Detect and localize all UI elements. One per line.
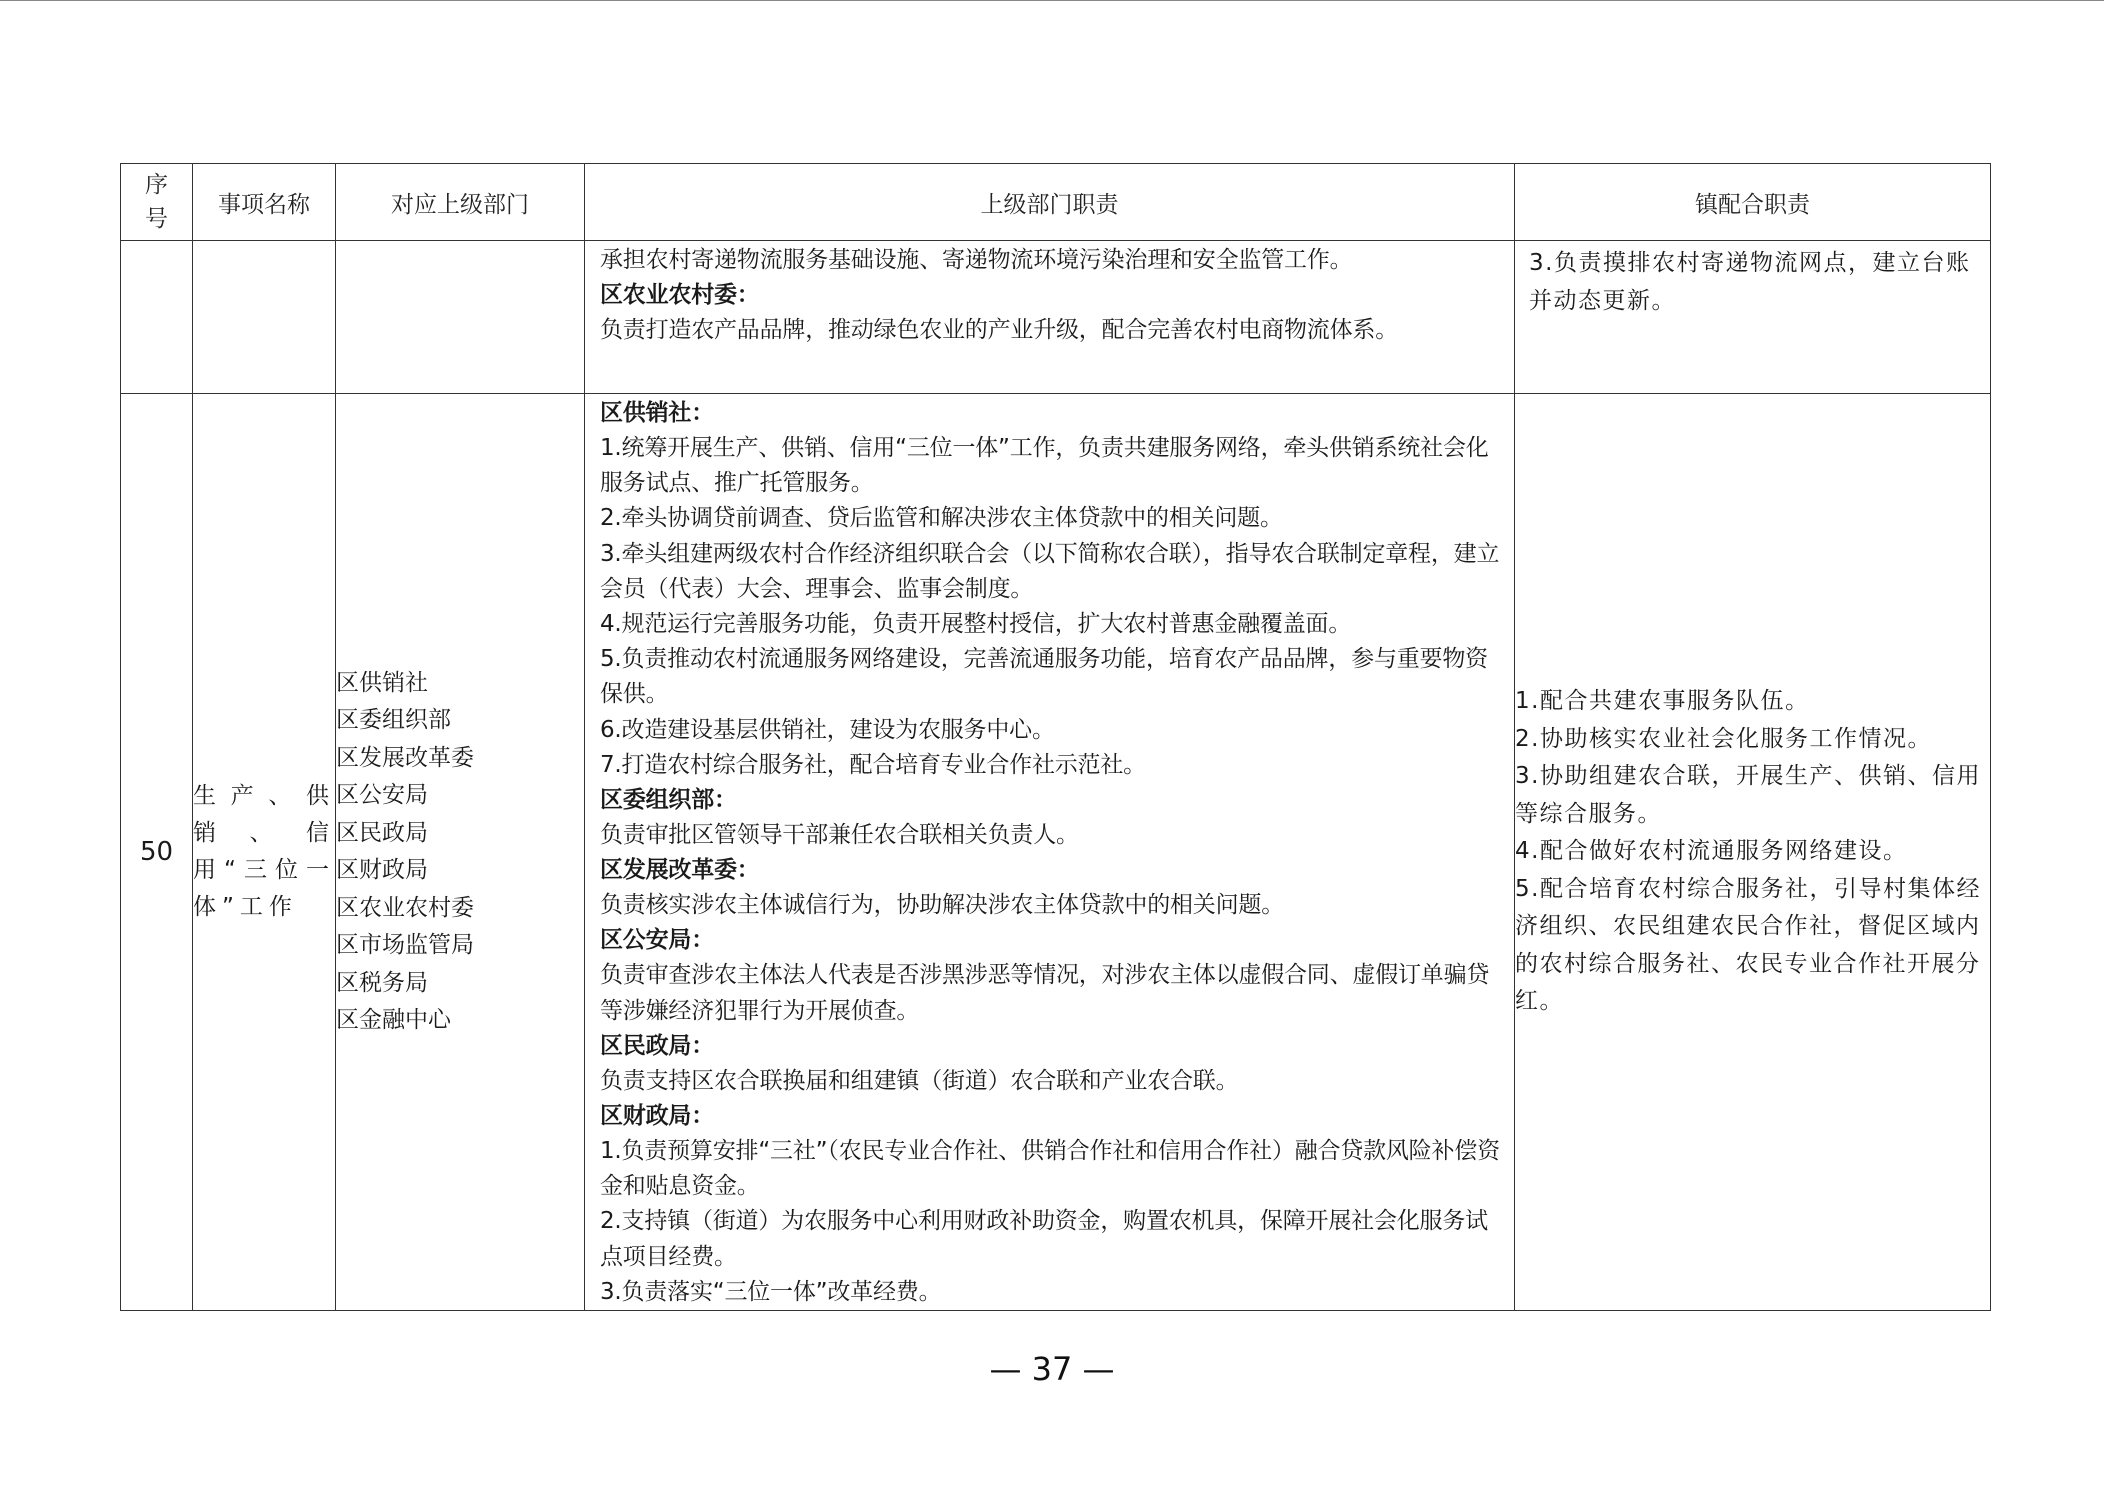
departments-cell bbox=[336, 241, 585, 394]
department-item: 区金融中心 bbox=[336, 1002, 584, 1040]
town-duty-item: 4.配合做好农村流通服务网络建设。 bbox=[1515, 833, 1990, 871]
duty-item: 负责打造农产品品牌，推动绿色农业的产业升级，配合完善农村电商物流体系。 bbox=[600, 313, 1502, 348]
department-heading: 区农业农村委： bbox=[600, 278, 1502, 313]
departments-cell: 区供销社区委组织部区发展改革委区公安局区民政局区财政局区农业农村委区市场监管局区… bbox=[336, 394, 585, 1311]
department-heading: 区公安局： bbox=[600, 923, 1502, 958]
superior-duties-cell: 承担农村寄递物流服务基础设施、寄递物流环境污染治理和安全监管工作。区农业农村委：… bbox=[585, 241, 1515, 394]
department-item: 区税务局 bbox=[336, 965, 584, 1003]
duty-item: 负责核实涉农主体诚信行为，协助解决涉农主体贷款中的相关问题。 bbox=[600, 888, 1502, 923]
seq-cell: 50 bbox=[121, 394, 193, 1311]
department-item: 区农业农村委 bbox=[336, 890, 584, 928]
table-row: 50 生产、供销、信用“三位一体”工作 区供销社区委组织部区发展改革委区公安局区… bbox=[121, 394, 1991, 1311]
town-duties-cell: 1.配合共建农事服务队伍。2.协助核实农业社会化服务工作情况。3.协助组建农合联… bbox=[1515, 394, 1991, 1311]
superior-duties-cell: 区供销社：1.统筹开展生产、供销、信用“三位一体”工作，负责共建服务网络，牵头供… bbox=[585, 394, 1515, 1311]
table-header-row: 序 号 事项名称 对应上级部门 上级部门职责 镇配合职责 bbox=[121, 164, 1991, 241]
town-duties-cell: 3.负责摸排农村寄递物流网点，建立台账并动态更新。 bbox=[1515, 241, 1991, 394]
town-duties-list: 3.负责摸排农村寄递物流网点，建立台账并动态更新。 bbox=[1515, 241, 1990, 320]
department-item: 区发展改革委 bbox=[336, 740, 584, 778]
department-item: 区委组织部 bbox=[336, 702, 584, 740]
header-seq-line1: 序 bbox=[121, 168, 192, 202]
department-item: 区民政局 bbox=[336, 815, 584, 853]
department-heading: 区发展改革委： bbox=[600, 853, 1502, 888]
department-heading: 区委组织部： bbox=[600, 783, 1502, 818]
town-duty-item: 3.负责摸排农村寄递物流网点，建立台账并动态更新。 bbox=[1529, 245, 1976, 320]
duty-item: 2.牵头协调贷前调查、贷后监管和解决涉农主体贷款中的相关问题。 bbox=[600, 501, 1502, 536]
department-item: 区公安局 bbox=[336, 777, 584, 815]
town-duties-list: 1.配合共建农事服务队伍。2.协助核实农业社会化服务工作情况。3.协助组建农合联… bbox=[1515, 683, 1990, 1021]
department-item: 区供销社 bbox=[336, 665, 584, 703]
seq-cell bbox=[121, 241, 193, 394]
duty-item: 承担农村寄递物流服务基础设施、寄递物流环境污染治理和安全监管工作。 bbox=[600, 243, 1502, 278]
header-superior-duties: 上级部门职责 bbox=[585, 164, 1515, 241]
duty-item: 2.支持镇（街道）为农服务中心利用财政补助资金，购置农机具，保障开展社会化服务试… bbox=[600, 1204, 1502, 1274]
departments-list: 区供销社区委组织部区发展改革委区公安局区民政局区财政局区农业农村委区市场监管局区… bbox=[336, 665, 584, 1040]
duty-item: 7.打造农村综合服务社，配合培育专业合作社示范社。 bbox=[600, 748, 1502, 783]
header-town-duties: 镇配合职责 bbox=[1515, 164, 1991, 241]
duty-item: 6.改造建设基层供销社，建设为农服务中心。 bbox=[600, 713, 1502, 748]
item-name-cell: 生产、供销、信用“三位一体”工作 bbox=[193, 394, 336, 1311]
duty-item: 3.牵头组建两级农村合作经济组织联合会（以下简称农合联），指导农合联制定章程，建… bbox=[600, 537, 1502, 607]
page-number: — 37 — bbox=[0, 1350, 2104, 1388]
header-seq: 序 号 bbox=[121, 164, 193, 241]
superior-duties-list: 区供销社：1.统筹开展生产、供销、信用“三位一体”工作，负责共建服务网络，牵头供… bbox=[585, 394, 1514, 1310]
page-top-edge bbox=[0, 0, 2104, 1]
item-name-cell bbox=[193, 241, 336, 394]
department-heading: 区民政局： bbox=[600, 1029, 1502, 1064]
header-item-name: 事项名称 bbox=[193, 164, 336, 241]
town-duty-item: 3.协助组建农合联，开展生产、供销、信用等综合服务。 bbox=[1515, 758, 1990, 833]
department-item: 区市场监管局 bbox=[336, 927, 584, 965]
department-item: 区财政局 bbox=[336, 852, 584, 890]
duty-item: 4.规范运行完善服务功能，负责开展整村授信，扩大农村普惠金融覆盖面。 bbox=[600, 607, 1502, 642]
duty-item: 1.负责预算安排“三社”（农民专业合作社、供销合作社和信用合作社）融合贷款风险补… bbox=[600, 1134, 1502, 1204]
duty-item: 5.负责推动农村流通服务网络建设，完善流通服务功能，培育农产品品牌，参与重要物资… bbox=[600, 642, 1502, 712]
department-heading: 区供销社： bbox=[600, 396, 1502, 431]
duty-item: 3.负责落实“三位一体”改革经费。 bbox=[600, 1275, 1502, 1310]
duty-item: 负责支持区农合联换届和组建镇（街道）农合联和产业农合联。 bbox=[600, 1064, 1502, 1099]
department-heading: 区财政局： bbox=[600, 1099, 1502, 1134]
duty-item: 负责审查涉农主体法人代表是否涉黑涉恶等情况，对涉农主体以虚假合同、虚假订单骗贷等… bbox=[600, 958, 1502, 1028]
town-duty-item: 2.协助核实农业社会化服务工作情况。 bbox=[1515, 721, 1990, 759]
duty-item: 负责审批区管领导干部兼任农合联相关负责人。 bbox=[600, 818, 1502, 853]
duty-item: 1.统筹开展生产、供销、信用“三位一体”工作，负责共建服务网络，牵头供销系统社会… bbox=[600, 431, 1502, 501]
duty-table: 序 号 事项名称 对应上级部门 上级部门职责 镇配合职责 承担农村寄递物流服务基… bbox=[120, 163, 1991, 1311]
table-row: 承担农村寄递物流服务基础设施、寄递物流环境污染治理和安全监管工作。区农业农村委：… bbox=[121, 241, 1991, 394]
superior-duties-list: 承担农村寄递物流服务基础设施、寄递物流环境污染治理和安全监管工作。区农业农村委：… bbox=[585, 241, 1514, 348]
town-duty-item: 1.配合共建农事服务队伍。 bbox=[1515, 683, 1990, 721]
header-seq-line2: 号 bbox=[121, 202, 192, 236]
header-superior-departments: 对应上级部门 bbox=[336, 164, 585, 241]
town-duty-item: 5.配合培育农村综合服务社，引导村集体经济组织、农民组建农民合作社，督促区域内的… bbox=[1515, 871, 1990, 1021]
